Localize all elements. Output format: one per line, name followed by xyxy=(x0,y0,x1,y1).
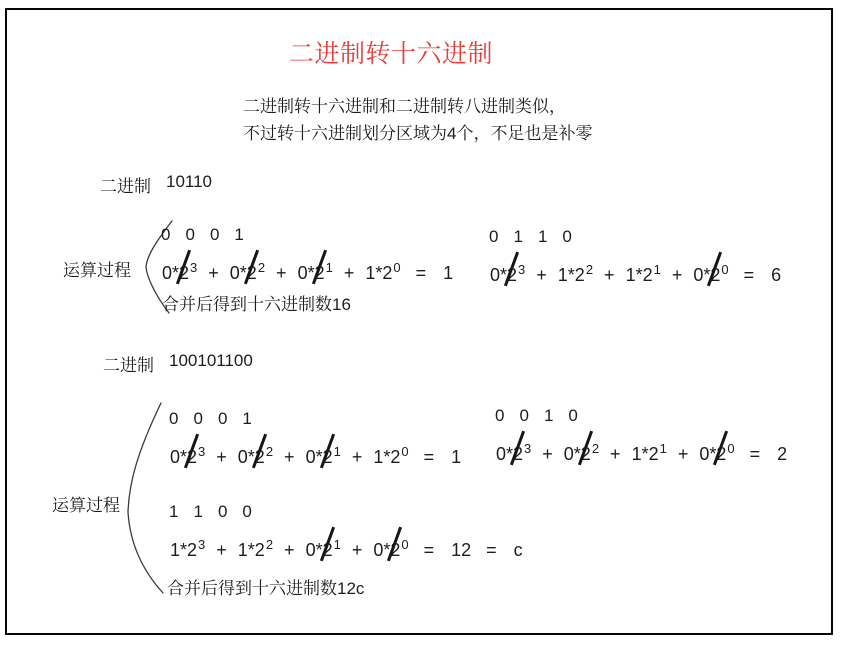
binary-value: 10110 xyxy=(166,172,212,197)
power-term: 0*21 xyxy=(298,263,333,283)
coefficient: 1* xyxy=(373,447,390,467)
bit-digit: 0 xyxy=(568,406,577,426)
bit-digit: 0 xyxy=(218,502,227,522)
binary-label: 二进制 xyxy=(100,172,151,197)
plus-sign: + xyxy=(284,540,295,560)
merge-note-1: 合并后得到十六进制数16 xyxy=(162,290,351,315)
exponent: 2 xyxy=(592,441,599,456)
group-result: 1 xyxy=(443,263,453,283)
exponent: 3 xyxy=(190,260,197,275)
coefficient: 1* xyxy=(626,265,643,285)
base-two: 2 xyxy=(390,445,400,469)
coefficient: 1* xyxy=(170,540,187,560)
base-two: 2 xyxy=(187,538,197,562)
coefficient: 1* xyxy=(558,265,575,285)
process-bracket-2 xyxy=(122,398,170,598)
binary-row-1: 二进制 10110 xyxy=(100,172,212,197)
calc-group: 00100*23+0*22+1*21+0*20=2 xyxy=(492,406,787,466)
calc-group: 00010*23+0*22+0*21+1*20=1 xyxy=(166,409,461,469)
base-two: 2 xyxy=(507,263,517,287)
group-result: 2 xyxy=(777,444,787,464)
group-result: 1 xyxy=(451,447,461,467)
exponent: 1 xyxy=(334,537,341,552)
plus-sign: + xyxy=(678,444,689,464)
power-term: 0*23 xyxy=(162,263,197,283)
exponent: 0 xyxy=(393,260,400,275)
group-result: 12 xyxy=(451,540,471,560)
base-two: 2 xyxy=(581,442,591,466)
coefficient: 1* xyxy=(632,444,649,464)
exponent: 3 xyxy=(524,441,531,456)
exponent: 2 xyxy=(258,260,265,275)
plus-sign: + xyxy=(352,540,363,560)
expression-row: 0*23+0*22+0*21+1*20=1 xyxy=(166,440,461,469)
plus-sign: + xyxy=(276,263,287,283)
exponent: 3 xyxy=(198,444,205,459)
plus-sign: + xyxy=(352,447,363,467)
bit-digit: 1 xyxy=(544,406,553,426)
exponent: 1 xyxy=(654,262,661,277)
base-two: 2 xyxy=(315,261,325,285)
base-two: 2 xyxy=(323,445,333,469)
bit-digit: 1 xyxy=(242,409,251,429)
plus-sign: + xyxy=(672,265,683,285)
binary-label: 二进制 xyxy=(103,351,154,376)
coefficient: 1* xyxy=(365,263,382,283)
equals-sign: = xyxy=(424,540,435,560)
power-term: 0*20 xyxy=(693,265,728,285)
intro-line-1: 二进制转十六进制和二进制转八进制类似， xyxy=(243,93,592,120)
calc-group: 00010*23+0*22+0*21+1*20=1 xyxy=(158,225,453,285)
exponent: 2 xyxy=(266,444,273,459)
bit-digit: 0 xyxy=(562,227,571,247)
calc-group: 11001*23+1*22+0*21+0*20=12=c xyxy=(166,502,523,562)
process-label-1: 运算过程 xyxy=(63,256,131,281)
page-title: 二进制转十六进制 xyxy=(289,34,493,70)
power-term: 0*22 xyxy=(238,447,273,467)
exponent: 0 xyxy=(727,441,734,456)
exponent: 0 xyxy=(721,262,728,277)
equals-sign: = xyxy=(744,265,755,285)
base-two: 2 xyxy=(643,263,653,287)
process-label-2: 运算过程 xyxy=(52,491,120,516)
intro-text: 二进制转十六进制和二进制转八进制类似， 不过转十六进制划分区域为4个，不足也是补… xyxy=(243,93,592,147)
power-term: 1*22 xyxy=(238,540,273,560)
plus-sign: + xyxy=(216,540,227,560)
bit-digit: 1 xyxy=(193,502,202,522)
group-result: 6 xyxy=(771,265,781,285)
bit-digit: 1 xyxy=(234,225,243,245)
power-term: 1*23 xyxy=(170,540,205,560)
bit-digit: 0 xyxy=(495,406,504,426)
bit-digit: 0 xyxy=(169,409,178,429)
base-two: 2 xyxy=(323,538,333,562)
power-term: 0*20 xyxy=(373,540,408,560)
power-term: 1*21 xyxy=(632,444,667,464)
base-two: 2 xyxy=(710,263,720,287)
power-term: 0*21 xyxy=(306,540,341,560)
base-two: 2 xyxy=(513,442,523,466)
exponent: 0 xyxy=(401,444,408,459)
bit-digit: 1 xyxy=(538,227,547,247)
bit-digits-row: 0001 xyxy=(158,225,453,245)
bit-digit: 0 xyxy=(185,225,194,245)
base-two: 2 xyxy=(649,442,659,466)
plus-sign: + xyxy=(216,447,227,467)
merge-note-2: 合并后得到十六进制数12c xyxy=(167,574,364,599)
equals-sign: = xyxy=(424,447,435,467)
bit-digit: 1 xyxy=(513,227,522,247)
power-term: 0*23 xyxy=(496,444,531,464)
exponent: 3 xyxy=(518,262,525,277)
bit-digit: 0 xyxy=(519,406,528,426)
plus-sign: + xyxy=(536,265,547,285)
base-two: 2 xyxy=(390,538,400,562)
bit-digit: 0 xyxy=(210,225,219,245)
power-term: 0*22 xyxy=(230,263,265,283)
power-term: 1*21 xyxy=(626,265,661,285)
power-term: 0*21 xyxy=(306,447,341,467)
bit-digits-row: 0110 xyxy=(486,227,781,247)
bit-digit: 0 xyxy=(218,409,227,429)
base-two: 2 xyxy=(187,445,197,469)
plus-sign: + xyxy=(284,447,295,467)
base-two: 2 xyxy=(255,445,265,469)
power-term: 0*23 xyxy=(170,447,205,467)
power-term: 1*22 xyxy=(558,265,593,285)
expression-row: 0*23+0*22+1*21+0*20=2 xyxy=(492,437,787,466)
coefficient: 1* xyxy=(238,540,255,560)
base-two: 2 xyxy=(179,261,189,285)
plus-sign: + xyxy=(344,263,355,283)
intro-line-2: 不过转十六进制划分区域为4个，不足也是补零 xyxy=(243,120,592,147)
equals-sign: = xyxy=(750,444,761,464)
document-page: 二进制转十六进制 二进制转十六进制和二进制转八进制类似， 不过转十六进制划分区域… xyxy=(0,0,842,648)
exponent: 2 xyxy=(586,262,593,277)
bit-digit: 0 xyxy=(193,409,202,429)
plus-sign: + xyxy=(208,263,219,283)
bit-digit: 1 xyxy=(169,502,178,522)
power-term: 0*22 xyxy=(564,444,599,464)
exponent: 3 xyxy=(198,537,205,552)
plus-sign: + xyxy=(542,444,553,464)
exponent: 1 xyxy=(660,441,667,456)
exponent: 1 xyxy=(326,260,333,275)
expression-row: 1*23+1*22+0*21+0*20=12=c xyxy=(166,533,523,562)
equals-sign: = xyxy=(486,540,497,560)
power-term: 1*20 xyxy=(365,263,400,283)
bit-digits-row: 0010 xyxy=(492,406,787,426)
exponent: 0 xyxy=(401,537,408,552)
expression-row: 0*23+0*22+0*21+1*20=1 xyxy=(158,256,453,285)
binary-value: 100101100 xyxy=(169,351,253,376)
exponent: 2 xyxy=(266,537,273,552)
bit-digits-row: 0001 xyxy=(166,409,461,429)
expression-row: 0*23+1*22+1*21+0*20=6 xyxy=(486,258,781,287)
binary-row-2: 二进制 100101100 xyxy=(103,351,253,376)
plus-sign: + xyxy=(604,265,615,285)
calc-group: 01100*23+1*22+1*21+0*20=6 xyxy=(486,227,781,287)
bit-digit: 0 xyxy=(242,502,251,522)
base-two: 2 xyxy=(247,261,257,285)
bit-digit: 0 xyxy=(489,227,498,247)
exponent: 1 xyxy=(334,444,341,459)
power-term: 0*23 xyxy=(490,265,525,285)
equals-sign: = xyxy=(416,263,427,283)
power-term: 0*20 xyxy=(699,444,734,464)
power-term: 1*20 xyxy=(373,447,408,467)
base-two: 2 xyxy=(716,442,726,466)
base-two: 2 xyxy=(575,263,585,287)
bit-digit: 0 xyxy=(161,225,170,245)
base-two: 2 xyxy=(255,538,265,562)
base-two: 2 xyxy=(382,261,392,285)
group-result: c xyxy=(514,540,523,560)
plus-sign: + xyxy=(610,444,621,464)
bit-digits-row: 1100 xyxy=(166,502,523,522)
